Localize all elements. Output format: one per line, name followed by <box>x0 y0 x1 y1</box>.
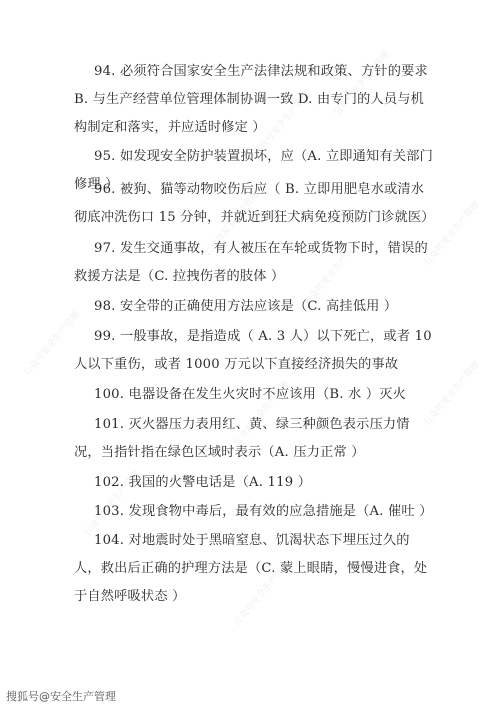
question-101: 101. 灭火器压力表用红、黄、绿三种颜色表示压力情况，当指针指在绿色区域时表示… <box>74 411 434 467</box>
question-97: 97. 发生交通事故，有人被压在车轮或货物下时，错误的救援方法是（C. 拉拽伤者… <box>74 235 434 291</box>
document-page: 94. 必须符合国家安全生产法律法规和政策、方针的要求 B. 与生产经营单位管理… <box>0 0 500 707</box>
question-103: 103. 发现食物中毒后，最有效的应急措施是（A. 催吐 ） <box>74 498 434 526</box>
question-100: 100. 电器设备在发生火灾时不应该用（B. 水 ）灭火 <box>74 381 434 409</box>
question-104: 104. 对地震时处于黑暗窒息、饥渴状态下埋压过久的人，救出后正确的护理方法是（… <box>74 527 434 611</box>
question-96: 96. 被狗、猫等动物咬伤后应（ B. 立即用肥皂水或清水彻底冲洗伤口 15 分… <box>74 176 434 232</box>
question-99: 99. 一般事故，是指造成（ A. 3 人）以下死亡，或者 10 人以下重伤，或… <box>74 323 434 379</box>
source-credit: 搜狐号@安全生产管理 <box>6 688 116 704</box>
question-94: 94. 必须符合国家安全生产法律法规和政策、方针的要求 B. 与生产经营单位管理… <box>74 58 434 142</box>
question-98: 98. 安全带的正确使用方法应该是（C. 高挂低用 ） <box>74 293 434 321</box>
watermark-text: 公众号安全生产管理 <box>20 308 82 378</box>
question-102: 102. 我国的火警电话是（A. 119 ） <box>74 469 434 497</box>
